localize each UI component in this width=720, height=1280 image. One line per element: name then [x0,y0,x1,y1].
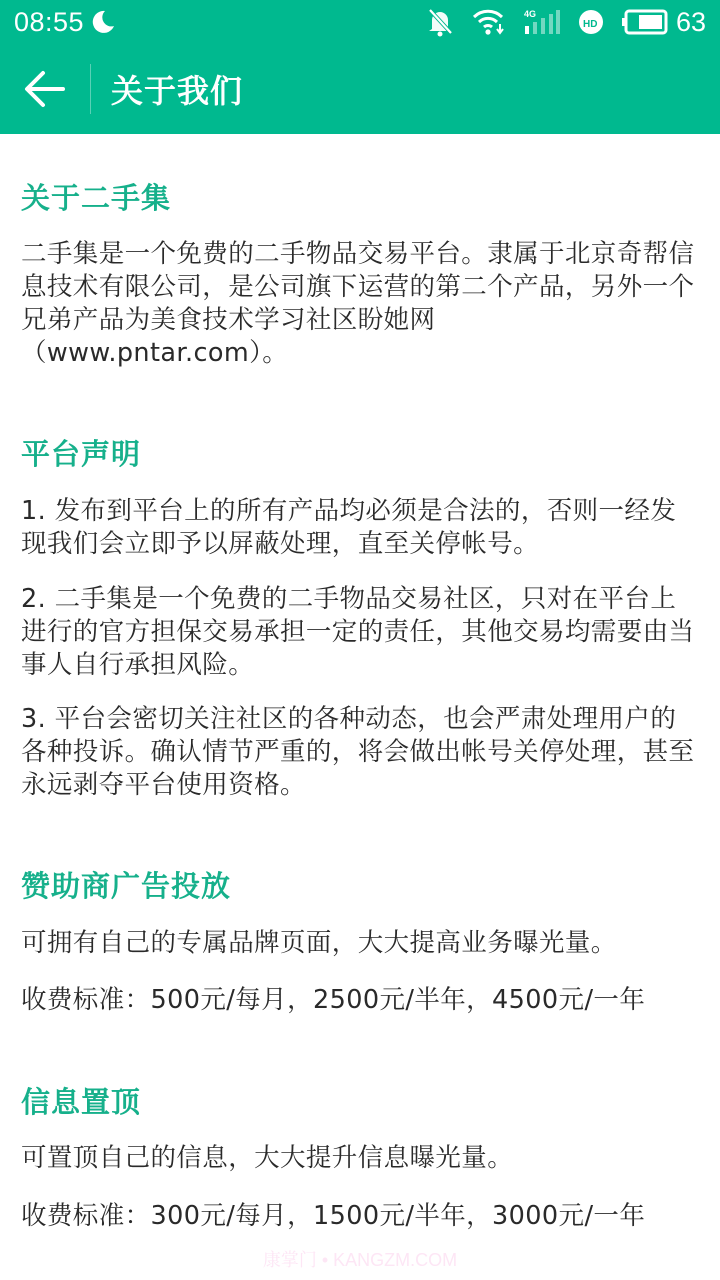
section-title-pin-top: 信息置顶 [21,1080,141,1121]
section-title-about: 关于二手集 [21,176,171,217]
app-bar: 关于我们 [0,44,720,134]
watermark: 康掌门 • KANGZM.COM [0,1246,720,1272]
statement-item-1: 1. 发布到平台上的所有产品均必须是合法的，否则一经发现我们会立即予以屏蔽处理，… [21,495,701,561]
status-bar: 08:55 4G [0,0,720,44]
section-title-statement: 平台声明 [21,432,141,473]
moon-icon [90,9,116,35]
statement-item-2: 2. 二手集是一个免费的二手物品交易社区，只对在平台上进行的官方担保交易承担一定… [21,583,701,682]
status-left: 08:55 [14,7,116,38]
sponsor-ads-description: 可拥有自己的专属品牌页面，大大提高业务曝光量。 [21,927,701,960]
status-right: 4G HD 63 [426,7,706,38]
app-bar-divider [90,64,91,114]
pin-top-pricing: 收费标准：300元/每月，1500元/半年，3000元/一年 [21,1200,701,1233]
section-title-sponsor-ads: 赞助商广告投放 [21,864,231,905]
arrow-left-icon [23,69,67,109]
battery-level: 63 [676,7,706,38]
svg-text:HD: HD [583,19,597,30]
about-paragraph: 二手集是一个免费的二手物品交易平台。隶属于北京奇帮信息技术有限公司，是公司旗下运… [21,238,701,370]
4g-signal-icon: 4G [524,8,560,36]
status-time: 08:55 [14,7,84,38]
page-title: 关于我们 [111,66,243,112]
battery-icon [622,9,668,35]
sponsor-ads-pricing: 收费标准：500元/每月，2500元/半年，4500元/一年 [21,984,701,1017]
svg-text:4G: 4G [524,9,536,19]
bell-muted-icon [426,7,454,37]
statement-item-3: 3. 平台会密切关注社区的各种动态，也会严肃处理用户的各种投诉。确认情节严重的，… [21,703,701,802]
wifi-icon [472,8,506,36]
hd-voice-icon: HD [578,9,604,35]
back-button[interactable] [0,44,90,134]
pin-top-description: 可置顶自己的信息，大大提升信息曝光量。 [21,1142,701,1175]
